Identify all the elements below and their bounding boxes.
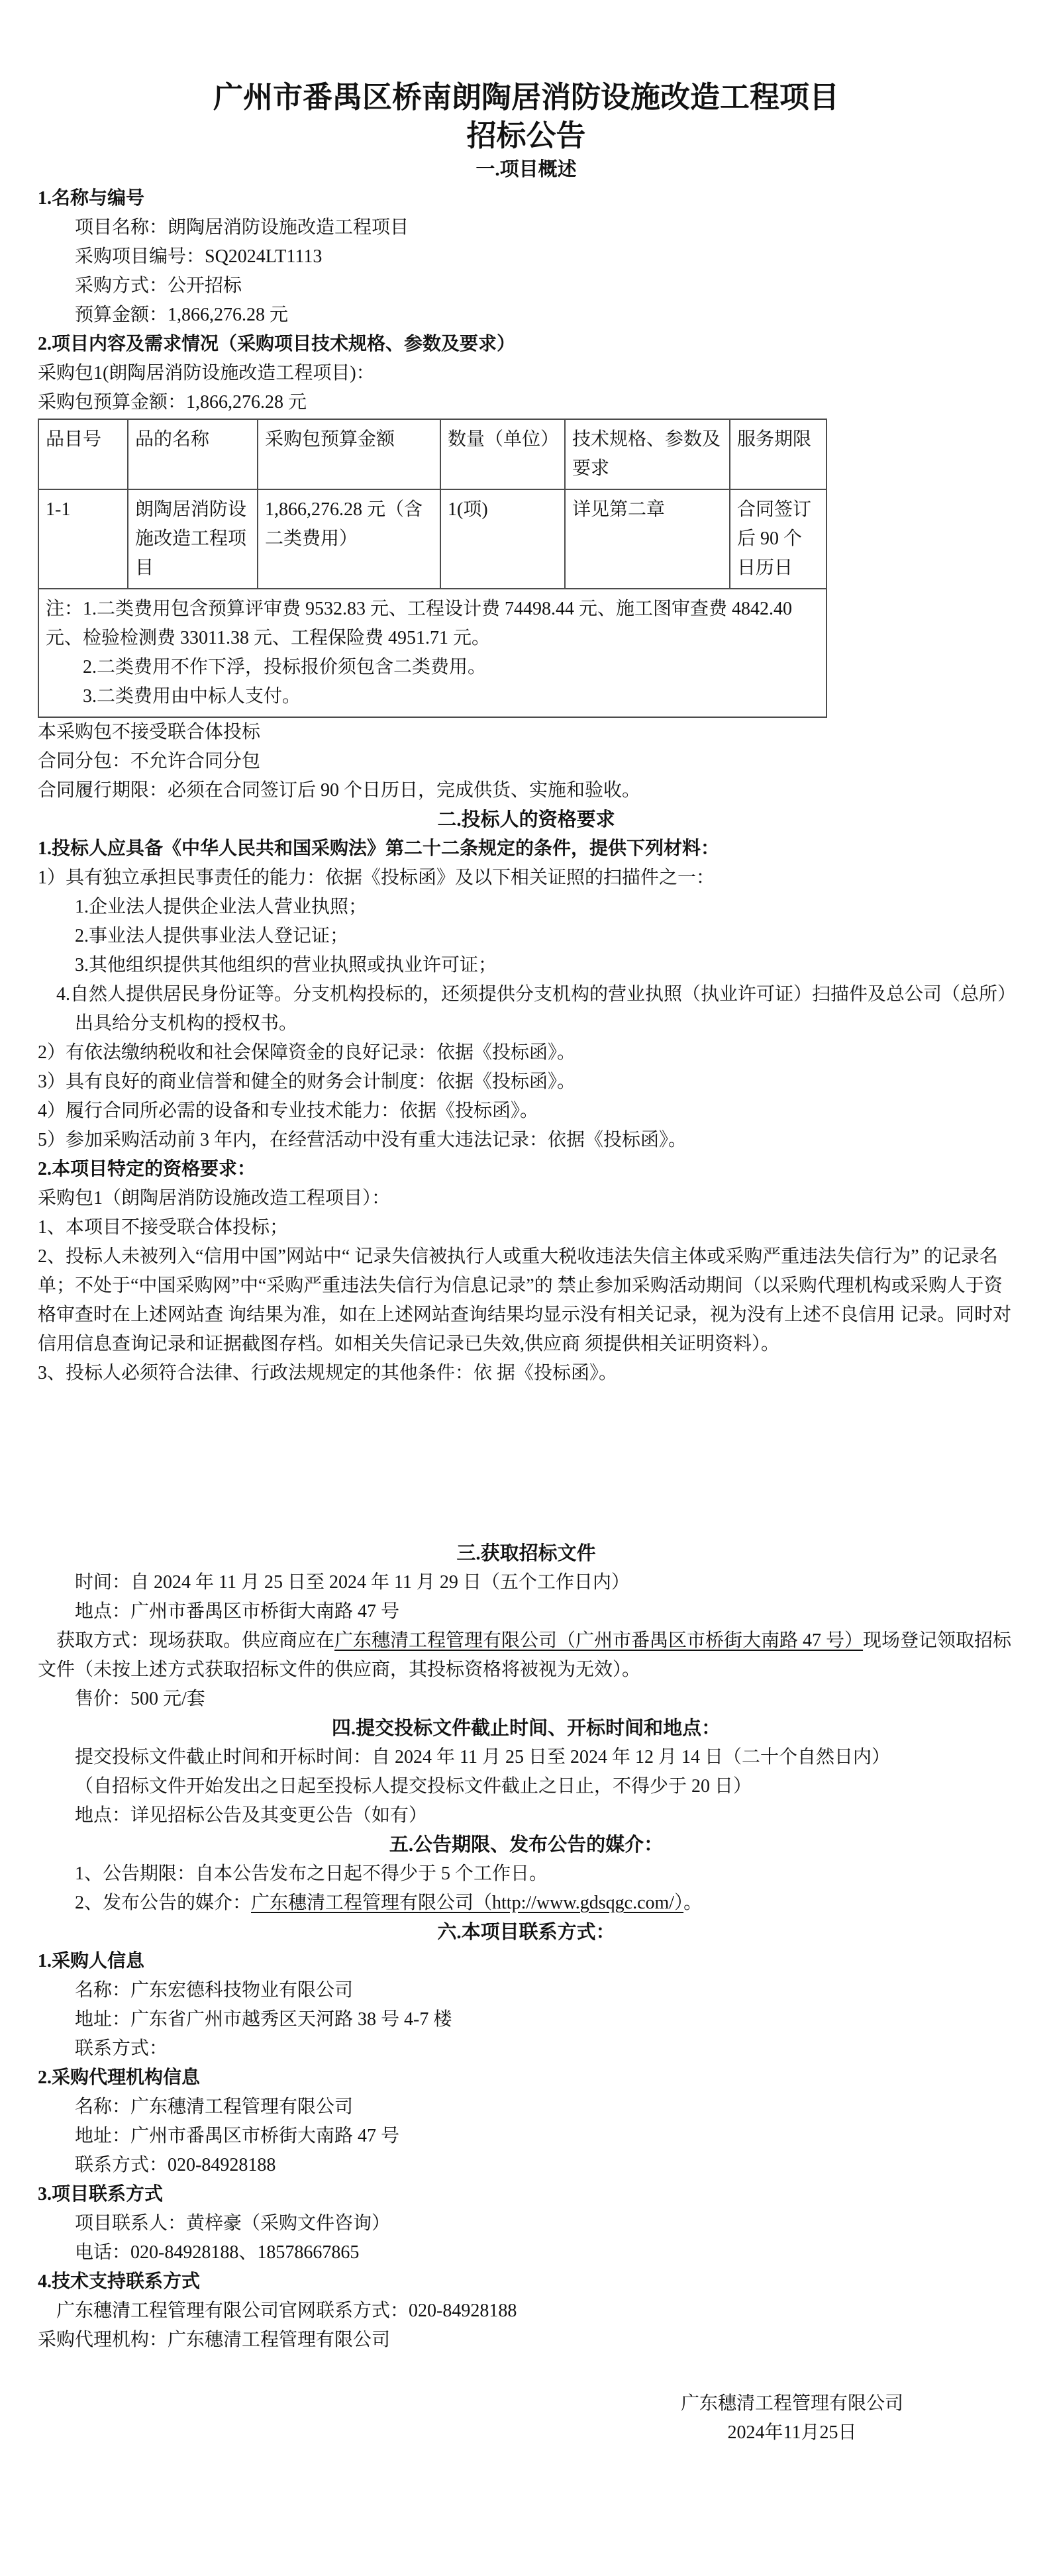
qualification-package-line: 采购包1（朗陶居消防设施改造工程项目）：: [38, 1184, 1015, 1213]
announcement-media-suffix: 。: [683, 1893, 702, 1913]
project-contact-phone-line: 电话：020-84928188、18578667865: [38, 2238, 1015, 2267]
package-line: 采购包1(朗陶居消防设施改造工程项目)：: [38, 359, 1015, 388]
notes-cell: 注：1.二类费用包含预算评审费 9532.83 元、工程设计费 74498.44…: [38, 589, 826, 717]
col-header-quantity: 数量（单位）: [440, 419, 565, 489]
tech-support-line: 广东穗清工程管理有限公司官网联系方式：020-84928188: [38, 2297, 1015, 2326]
note-line-3: 3.二类费用由中标人支付。: [46, 682, 819, 711]
project-code-line: 采购项目编号：SQ2024LT1113: [38, 242, 1015, 272]
package-table: 品目号 品的名称 采购包预算金额 数量（单位） 技术规格、参数及要求 服务期限 …: [38, 419, 827, 718]
budget-line: 预算金额：1,866,276.28 元: [38, 301, 1015, 330]
section-5-heading: 五.公告期限、发布公告的媒介：: [38, 1830, 1015, 1859]
announcement-media-underlined: 广东穗清工程管理有限公司（http://www.gdsqgc.com/）: [251, 1893, 683, 1913]
cell-item-name: 朗陶居消防设施改造工程项目: [128, 489, 258, 589]
qualification-item1-2: 2）有依法缴纳税收和社会保障资金的良好记录：依据《投标函》。: [38, 1038, 1015, 1067]
agency-signature-line: 采购代理机构：广东穗清工程管理有限公司: [38, 2326, 1015, 2355]
content-requirements-heading: 2.项目内容及需求情况（采购项目技术规格、参数及要求）: [38, 330, 1015, 359]
project-name-line: 项目名称：朗陶居消防设施改造工程项目: [38, 213, 1015, 242]
qualification-item1-5: 5）参加采购活动前 3 年内，在经营活动中没有重大违法记录：依据《投标函》。: [38, 1126, 1015, 1155]
footer-date: 2024年11月25日: [681, 2418, 903, 2448]
qualification-item1-1-sub4: 4.自然人提供居民身份证等。分支机构投标的，还须提供分支机构的营业执照（执业许可…: [38, 980, 1015, 1038]
col-header-package-budget: 采购包预算金额: [258, 419, 440, 489]
package-budget-line: 采购包预算金额：1,866,276.28 元: [38, 388, 1015, 417]
submission-deadline-paragraph: 提交投标文件截止时间和开标时间：自 2024 年 11 月 25 日至 2024…: [38, 1743, 1015, 1772]
obtain-method-agency-underlined: 广东穗清工程管理有限公司（广州市番禺区市桥街大南路 47 号）: [334, 1630, 863, 1651]
purchaser-info-heading: 1.采购人信息: [38, 1947, 1015, 1976]
submission-place-line: 地点：详见招标公告及其变更公告（如有）: [38, 1801, 1015, 1830]
project-contact-heading: 3.项目联系方式: [38, 2180, 1015, 2209]
submission-note-line: （自招标文件开始发出之日起至投标人提交投标文件截止之日止，不得少于 20 日）: [38, 1772, 1015, 1801]
section-6-heading: 六.本项目联系方式：: [38, 1918, 1015, 1947]
obtain-method-prefix: 获取方式：现场获取。供应商应在: [56, 1630, 334, 1651]
tender-announcement-document: { "page": { "title_line1": "广州市番禺区桥南朗陶居消…: [0, 0, 1051, 2576]
announcement-period-line: 1、公告期限：自本公告发布之日起不得少于 5 个工作日。: [38, 1859, 1015, 1889]
qualification-item2-heading: 2.本项目特定的资格要求：: [38, 1155, 1015, 1184]
procurement-method-line: 采购方式：公开招标: [38, 272, 1015, 301]
qualification-item2-3: 3、投标人必须符合法律、行政法规规定的其他条件：依 据《投标函》。: [38, 1359, 1015, 1388]
cell-tech-spec: 详见第二章: [565, 489, 730, 589]
purchaser-contact-line: 联系方式：: [38, 2034, 1015, 2063]
page-break-gap: [38, 1388, 1015, 1539]
qualification-item2-2: 2、投标人未被列入“信用中国”网站中“ 记录失信被执行人或重大税收违法失信主体或…: [38, 1242, 1015, 1359]
note-line-1: 注：1.二类费用包含预算评审费 9532.83 元、工程设计费 74498.44…: [46, 595, 819, 653]
agency-name-line: 名称：广东穗清工程管理有限公司: [38, 2093, 1015, 2122]
qualification-item1-3: 3）具有良好的商业信誉和健全的财务会计制度：依据《投标函》。: [38, 1067, 1015, 1097]
purchaser-name-line: 名称：广东宏德科技物业有限公司: [38, 1976, 1015, 2005]
qualification-item1-1-sub2: 2.事业法人提供事业法人登记证；: [38, 922, 1015, 951]
cell-item-no: 1-1: [38, 489, 128, 589]
footer-company: 广东穗清工程管理有限公司: [681, 2389, 903, 2418]
table-data-row: 1-1 朗陶居消防设施改造工程项目 1,866,276.28 元（含二类费用） …: [38, 489, 826, 589]
document-title-line1: 广州市番禺区桥南朗陶居消防设施改造工程项目: [38, 78, 1015, 117]
qualification-item1-heading: 1.投标人应具备《中华人民共和国采购法》第二十二条规定的条件，提供下列材料：: [38, 834, 1015, 864]
name-number-heading: 1.名称与编号: [38, 184, 1015, 213]
section-4-heading: 四.提交投标文件截止时间、开标时间和地点：: [38, 1714, 1015, 1743]
note-line-2: 2.二类费用不作下浮，投标报价须包含二类费用。: [46, 653, 819, 682]
table-header-row: 品目号 品的名称 采购包预算金额 数量（单位） 技术规格、参数及要求 服务期限: [38, 419, 826, 489]
obtain-place-line: 地点：广州市番禺区市桥街大南路 47 号: [38, 1597, 1015, 1626]
project-contact-person-line: 项目联系人：黄梓豪（采购文件咨询）: [38, 2209, 1015, 2238]
col-header-tech-spec: 技术规格、参数及要求: [565, 419, 730, 489]
obtain-time-line: 时间：自 2024 年 11 月 25 日至 2024 年 11 月 29 日（…: [38, 1568, 1015, 1597]
col-header-item-no: 品目号: [38, 419, 128, 489]
table-notes-row: 注：1.二类费用包含预算评审费 9532.83 元、工程设计费 74498.44…: [38, 589, 826, 717]
obtain-method-paragraph: 获取方式：现场获取。供应商应在广东穗清工程管理有限公司（广州市番禺区市桥街大南路…: [38, 1626, 1015, 1685]
cell-quantity: 1(项): [440, 489, 565, 589]
section-1-heading: 一.项目概述: [38, 155, 1015, 184]
purchaser-address-line: 地址：广东省广州市越秀区天河路 38 号 4-7 楼: [38, 2005, 1015, 2034]
col-header-service-period: 服务期限: [730, 419, 826, 489]
document-footer: 广东穗清工程管理有限公司 2024年11月25日: [38, 2389, 1015, 2448]
announcement-media-line: 2、发布公告的媒介：广东穗清工程管理有限公司（http://www.gdsqgc…: [38, 1889, 1015, 1918]
qualification-item2-1: 1、本项目不接受联合体投标；: [38, 1213, 1015, 1242]
obtain-price-line: 售价：500 元/套: [38, 1685, 1015, 1714]
announcement-media-prefix: 2、发布公告的媒介：: [75, 1893, 251, 1913]
cell-service-period: 合同签订后 90 个日历日: [730, 489, 826, 589]
qualification-item1-1-sub3: 3.其他组织提供其他组织的营业执照或执业许可证；: [38, 951, 1015, 980]
contract-duration-line: 合同履行期限：必须在合同签订后 90 个日历日，完成供货、实施和验收。: [38, 776, 1015, 805]
col-header-item-name: 品的名称: [128, 419, 258, 489]
qualification-item1-1: 1）具有独立承担民事责任的能力：依据《投标函》及以下相关证照的扫描件之一：: [38, 864, 1015, 893]
cell-package-budget: 1,866,276.28 元（含二类费用）: [258, 489, 440, 589]
section-2-heading: 二.投标人的资格要求: [38, 805, 1015, 834]
agency-info-heading: 2.采购代理机构信息: [38, 2063, 1015, 2093]
agency-contact-line: 联系方式：020-84928188: [38, 2151, 1015, 2180]
qualification-item1-1-sub1: 1.企业法人提供企业法人营业执照；: [38, 893, 1015, 922]
section-3-heading: 三.获取招标文件: [38, 1539, 1015, 1568]
subcontract-line: 合同分包：不允许合同分包: [38, 747, 1015, 776]
no-consortium-line: 本采购包不接受联合体投标: [38, 718, 1015, 747]
tech-support-heading: 4.技术支持联系方式: [38, 2267, 1015, 2297]
document-title-line2: 招标公告: [38, 117, 1015, 155]
agency-address-line: 地址：广州市番禺区市桥街大南路 47 号: [38, 2122, 1015, 2151]
qualification-item1-4: 4）履行合同所必需的设备和专业技术能力：依据《投标函》。: [38, 1097, 1015, 1126]
